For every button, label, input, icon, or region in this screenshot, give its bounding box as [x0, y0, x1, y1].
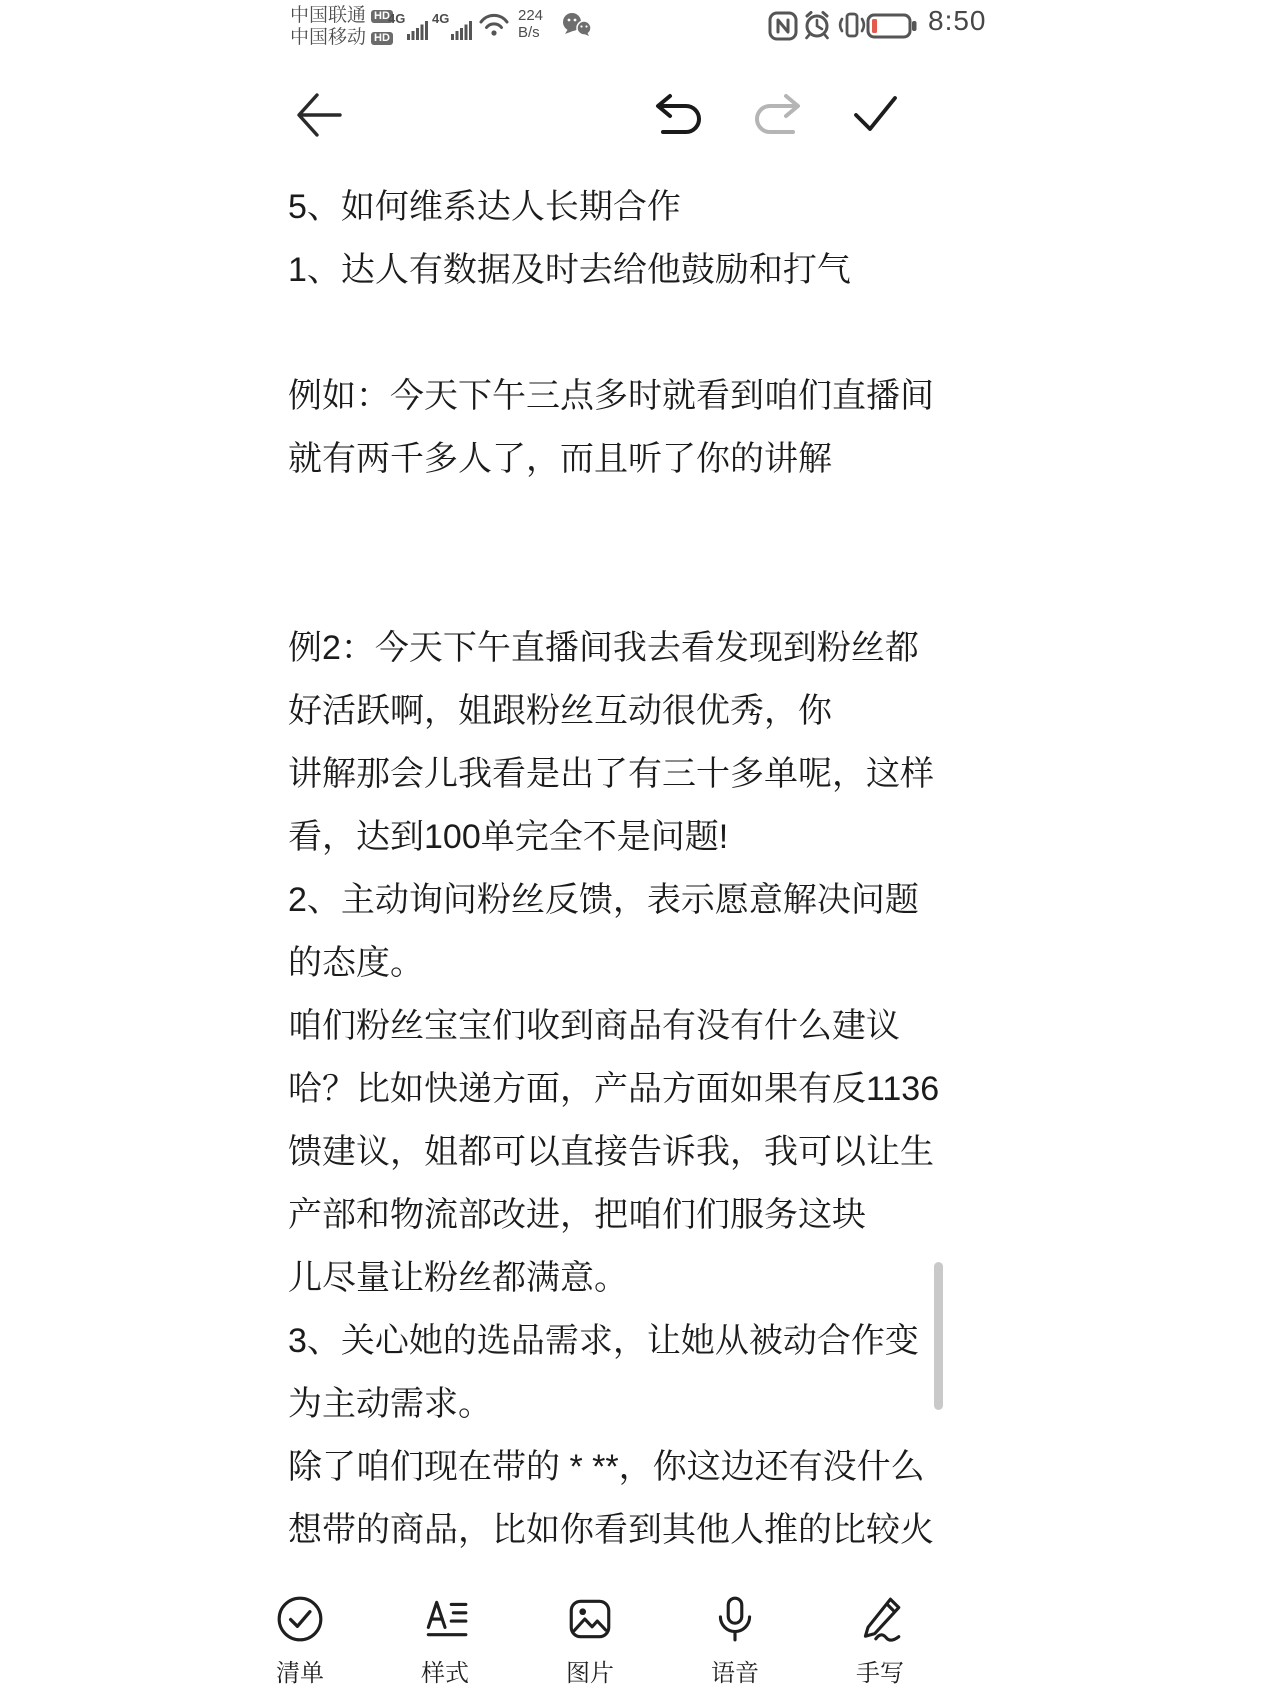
vibrate-mode-icon — [836, 9, 868, 46]
note-line: 咱们粉丝宝宝们收到商品有没有什么建议 — [288, 995, 928, 1058]
toolbar-item-label: 手写 — [820, 1653, 940, 1688]
handwriting-pen-icon — [855, 1594, 905, 1644]
toolbar-item-style[interactable]: 样式 — [385, 1594, 505, 1688]
note-line: 哈？比如快递方面，产品方面如果有反1136 — [288, 1058, 928, 1121]
toolbar-item-label: 图片 — [530, 1653, 650, 1688]
network-speed-unit: B/s — [518, 24, 543, 41]
redo-button[interactable] — [748, 92, 806, 143]
back-button[interactable] — [284, 84, 350, 151]
network-speed-value: 224 — [518, 7, 543, 24]
toolbar-item-image[interactable]: 图片 — [530, 1594, 650, 1688]
note-line: 讲解那会儿我看是出了有三十多单呢，这样 — [288, 743, 928, 806]
scrollbar-thumb[interactable] — [934, 1262, 943, 1410]
note-line: 馈建议，姐都可以直接告诉我，我可以让生 — [288, 1121, 928, 1184]
note-content-editor[interactable]: 5、如何维系达人长期合作 1、达人有数据及时去给他鼓励和打气 例如：今天下午三点… — [288, 176, 928, 1562]
clock-time: 8:50 — [928, 5, 987, 37]
back-arrow-icon — [284, 84, 350, 146]
image-icon — [565, 1594, 615, 1644]
toolbar-item-label: 样式 — [385, 1653, 505, 1688]
note-line: 3、关心她的选品需求，让她从被动合作变 — [288, 1310, 928, 1373]
checklist-icon — [275, 1594, 325, 1644]
carrier-primary-label: 中国联通 — [290, 5, 366, 27]
toolbar-item-label: 清单 — [240, 1653, 360, 1688]
confirm-button[interactable] — [848, 88, 902, 141]
note-line — [288, 302, 928, 365]
undo-button[interactable] — [650, 92, 708, 143]
note-line: 2、主动询问粉丝反馈，表示愿意解决问题 — [288, 869, 928, 932]
note-line: 例如：今天下午三点多时就看到咱们直播间 — [288, 365, 928, 428]
network-type-label: 4G — [432, 12, 449, 25]
carrier-info: 中国联通 HD 中国移动 HD — [290, 5, 393, 49]
note-line — [288, 491, 928, 554]
note-line: 好活跃啊，姐跟粉丝互动很优秀，你 — [288, 680, 928, 743]
note-line: 看，达到100单完全不是问题! — [288, 806, 928, 869]
note-line: 为主动需求。 — [288, 1373, 928, 1436]
note-line — [288, 554, 928, 617]
toolbar-item-handwriting[interactable]: 手写 — [820, 1594, 940, 1688]
note-line: 就有两千多人了，而且听了你的讲解 — [288, 428, 928, 491]
signal-icon: 4G — [432, 12, 473, 40]
toolbar-item-checklist[interactable]: 清单 — [240, 1594, 360, 1688]
text-style-icon — [420, 1594, 470, 1644]
toolbar-item-label: 语音 — [675, 1653, 795, 1688]
check-icon — [848, 88, 902, 136]
toolbar-item-voice[interactable]: 语音 — [675, 1594, 795, 1688]
redo-icon — [748, 92, 806, 138]
battery-icon — [866, 12, 918, 45]
notes-editor-screen: 中国联通 HD 中国移动 HD 4G 4G 224 B/s — [0, 0, 1280, 1706]
network-type-label: 4G — [388, 12, 405, 25]
microphone-icon — [710, 1594, 760, 1644]
wechat-notification-icon — [560, 12, 594, 43]
wifi-icon — [478, 13, 510, 42]
note-line: 产部和物流部改进，把咱们们服务这块 — [288, 1184, 928, 1247]
note-line: 除了咱们现在带的 * **，你这边还有没什么 — [288, 1436, 928, 1499]
note-line: 想带的商品，比如你看到其他人推的比较火 — [288, 1499, 928, 1562]
nfc-icon — [768, 11, 798, 46]
note-line: 例2：今天下午直播间我去看发现到粉丝都 — [288, 617, 928, 680]
signal-bars-icon — [451, 20, 473, 40]
signal-bars-icon — [407, 20, 429, 40]
carrier-secondary-label: 中国移动 — [290, 27, 366, 49]
network-speed: 224 B/s — [518, 7, 543, 41]
undo-icon — [650, 92, 708, 138]
note-line: 5、如何维系达人长期合作 — [288, 176, 928, 239]
signal-icon: 4G — [388, 12, 429, 40]
note-line: 的态度。 — [288, 932, 928, 995]
note-line: 1、达人有数据及时去给他鼓励和打气 — [288, 239, 928, 302]
note-line: 儿尽量让粉丝都满意。 — [288, 1247, 928, 1310]
alarm-icon — [802, 10, 832, 45]
